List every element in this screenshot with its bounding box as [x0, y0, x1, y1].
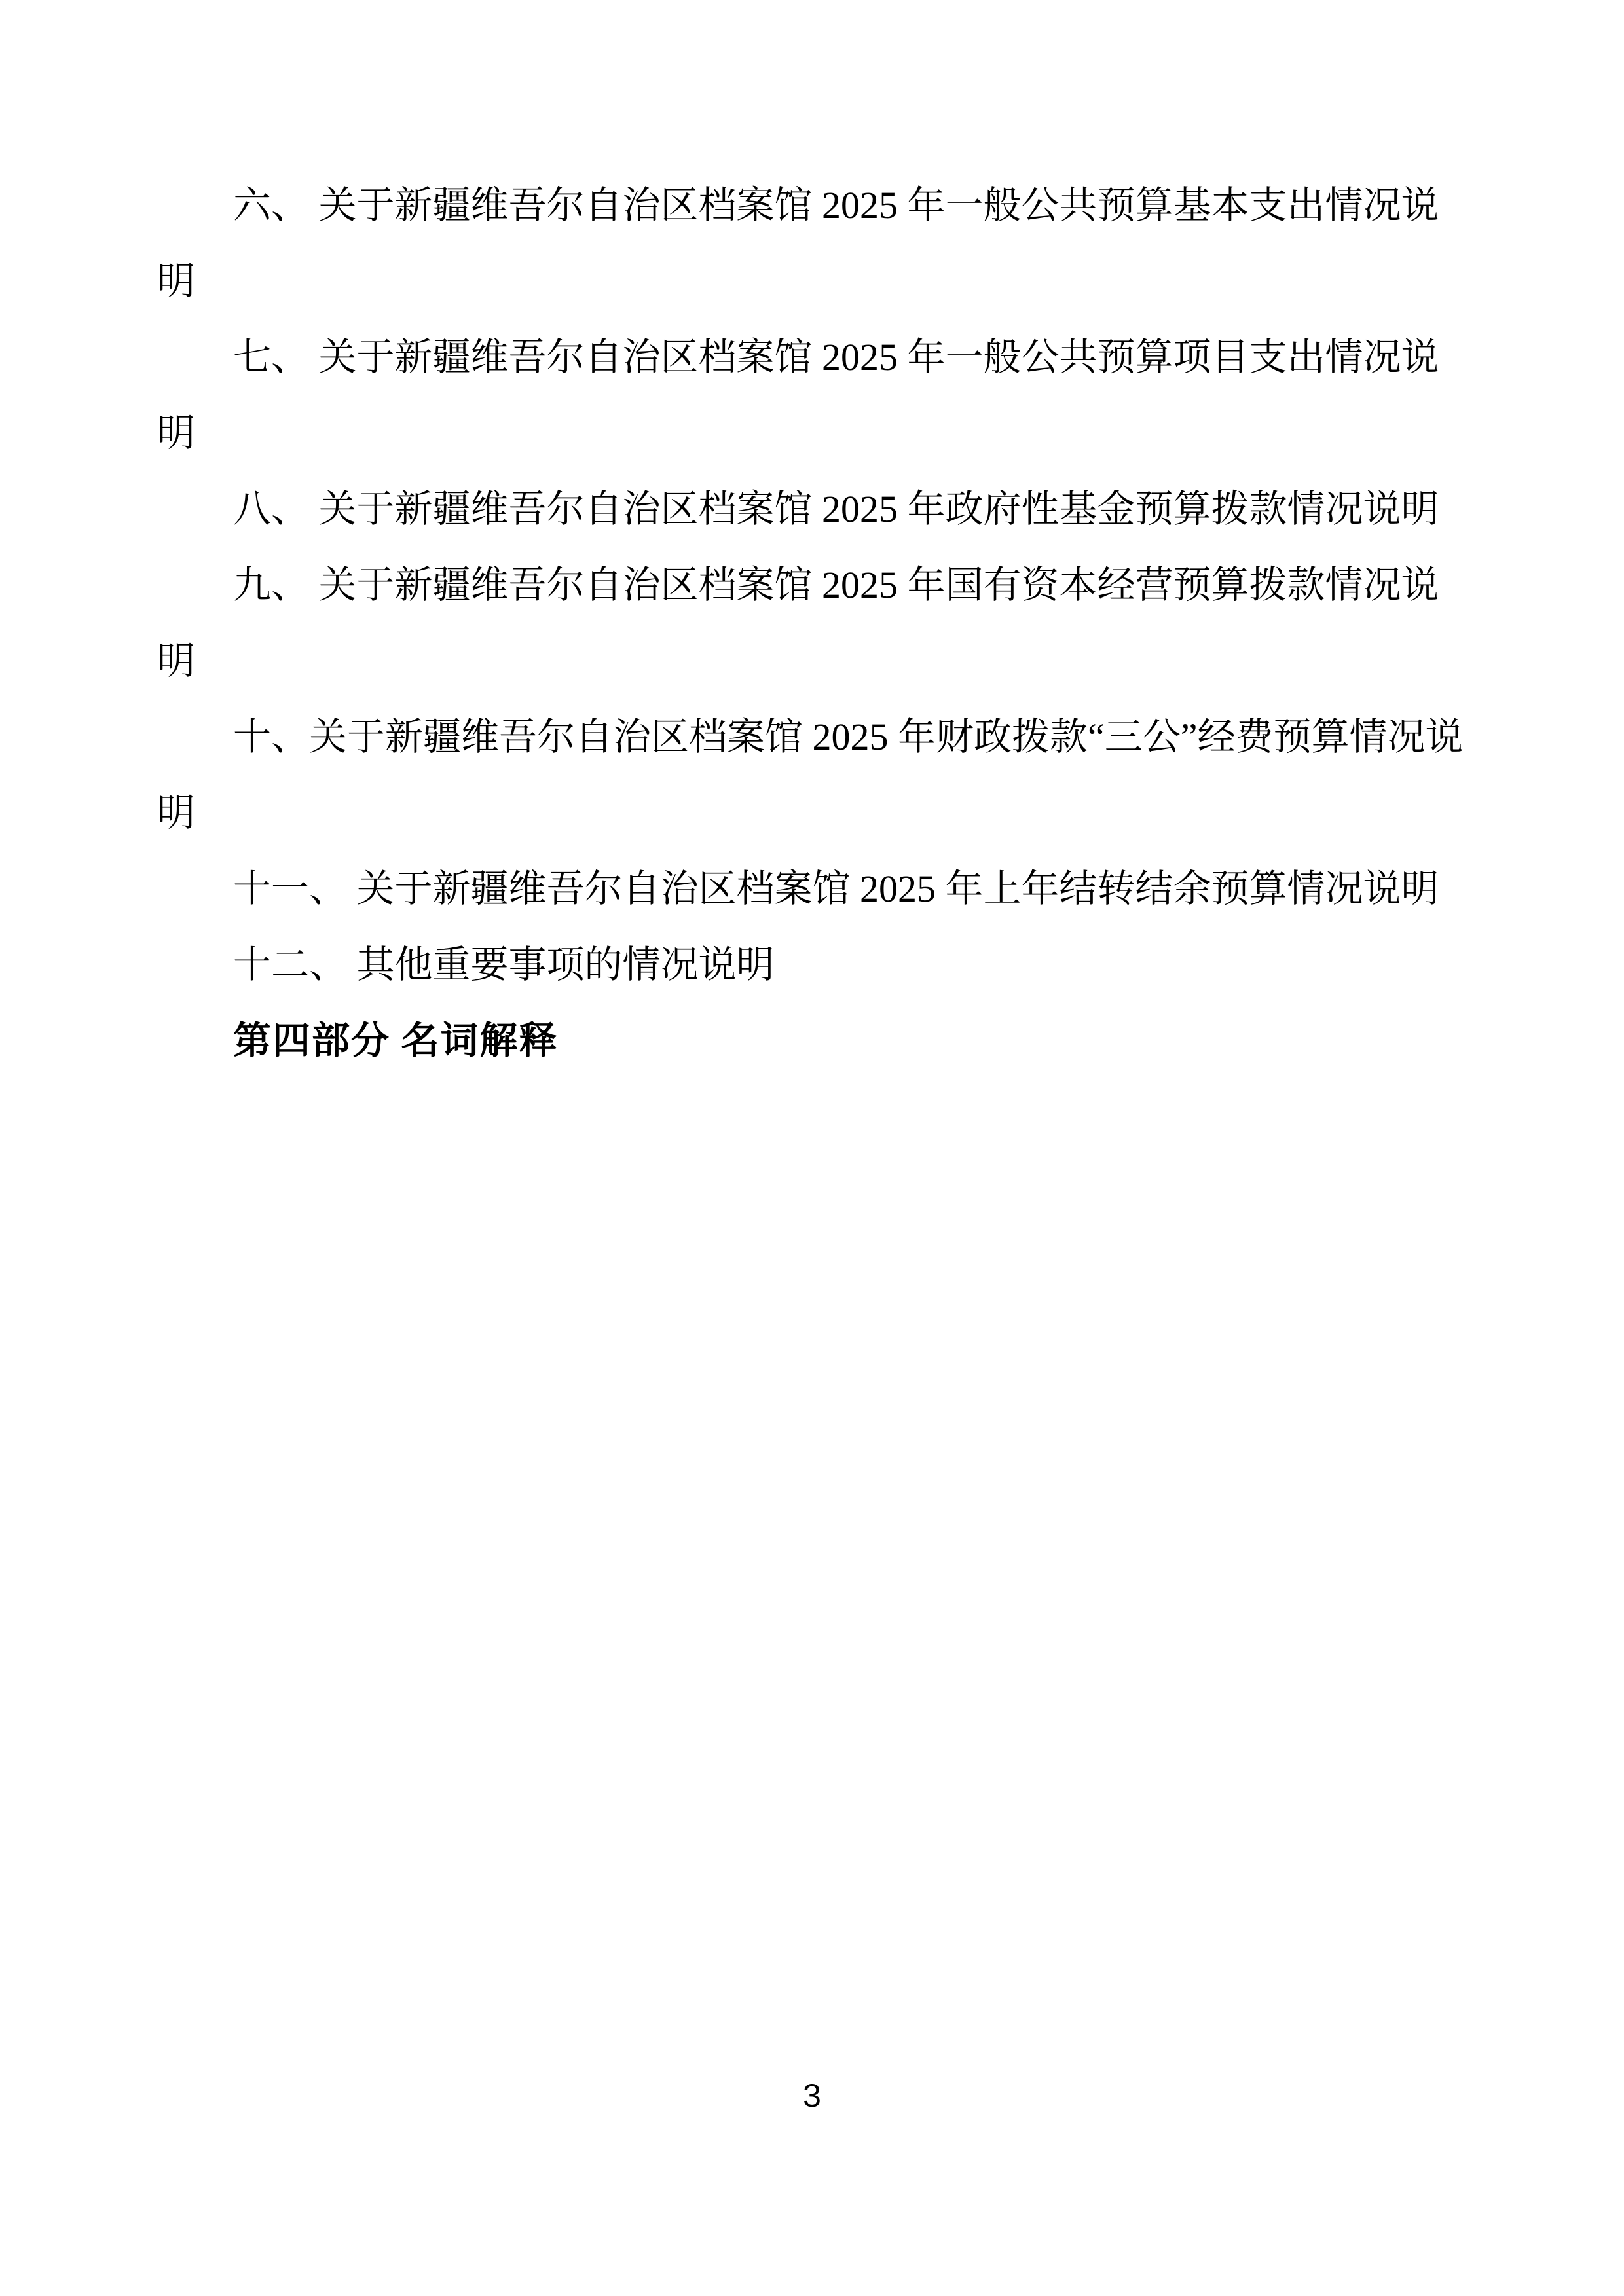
toc-line-item-9: 九、 关于新疆维吾尔自治区档案馆 2025 年国有资本经营预算拨款情况说 [157, 547, 1480, 623]
document-page: 六、 关于新疆维吾尔自治区档案馆 2025 年一般公共预算基本支出情况说 明 七… [0, 0, 1624, 2296]
table-of-contents: 六、 关于新疆维吾尔自治区档案馆 2025 年一般公共预算基本支出情况说 明 七… [157, 168, 1480, 1079]
toc-line-item-6: 六、 关于新疆维吾尔自治区档案馆 2025 年一般公共预算基本支出情况说 [157, 168, 1480, 244]
toc-line-item-10: 十、关于新疆维吾尔自治区档案馆 2025 年财政拨款“三公”经费预算情况说 [157, 699, 1480, 775]
toc-line-item-7-continuation: 明 [157, 395, 1480, 471]
toc-line-item-10-continuation: 明 [157, 775, 1480, 851]
toc-line-item-8: 八、 关于新疆维吾尔自治区档案馆 2025 年政府性基金预算拨款情况说明 [157, 471, 1480, 547]
toc-line-item-12: 十二、 其他重要事项的情况说明 [157, 927, 1480, 1003]
toc-line-item-7: 七、 关于新疆维吾尔自治区档案馆 2025 年一般公共预算项目支出情况说 [157, 319, 1480, 395]
page-number: 3 [0, 2077, 1624, 2115]
toc-line-item-9-continuation: 明 [157, 623, 1480, 699]
toc-line-item-11: 十一、 关于新疆维吾尔自治区档案馆 2025 年上年结转结余预算情况说明 [157, 851, 1480, 927]
section-heading-part-4: 第四部分 名词解释 [157, 1003, 1480, 1079]
toc-line-item-6-continuation: 明 [157, 244, 1480, 319]
